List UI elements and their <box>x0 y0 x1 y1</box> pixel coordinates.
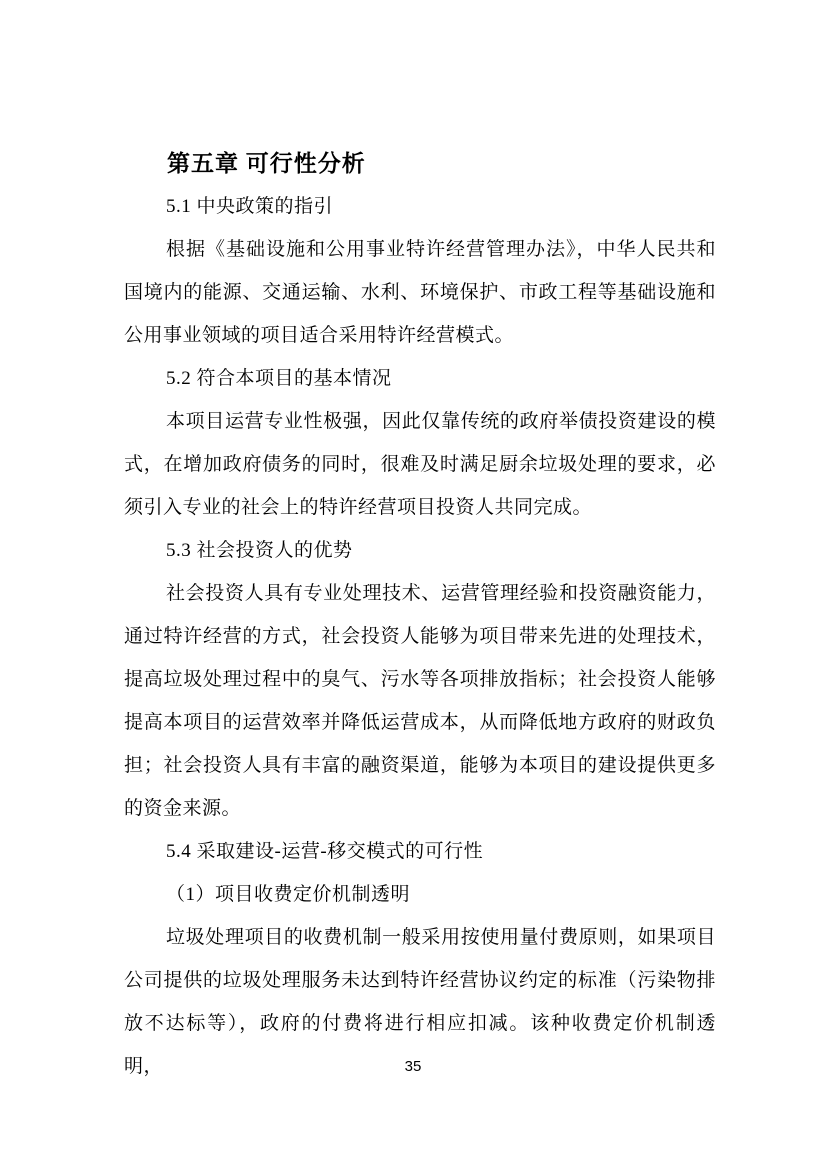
section-5-1-paragraph: 根据《基础设施和公用事业特许经营管理办法》，中华人民共和国境内的能源、交通运输、… <box>124 228 716 357</box>
chapter-title: 第五章 可行性分析 <box>124 142 716 185</box>
section-heading-5-1: 5.1 中央政策的指引 <box>124 185 716 228</box>
section-heading-5-2: 5.2 符合本项目的基本情况 <box>124 357 716 400</box>
document-page: 第五章 可行性分析 5.1 中央政策的指引 根据《基础设施和公用事业特许经营管理… <box>0 0 826 1169</box>
section-heading-5-4: 5.4 采取建设-运营-移交模式的可行性 <box>124 830 716 873</box>
page-number: 35 <box>0 1058 826 1075</box>
section-5-2-paragraph: 本项目运营专业性极强，因此仅靠传统的政府举债投资建设的模式，在增加政府债务的同时… <box>124 400 716 529</box>
section-heading-5-3: 5.3 社会投资人的优势 <box>124 529 716 572</box>
section-5-3-paragraph: 社会投资人具有专业处理技术、运营管理经验和投资融资能力，通过特许经营的方式，社会… <box>124 572 716 830</box>
section-subheading-5-4-item-1: （1）项目收费定价机制透明 <box>124 873 716 916</box>
